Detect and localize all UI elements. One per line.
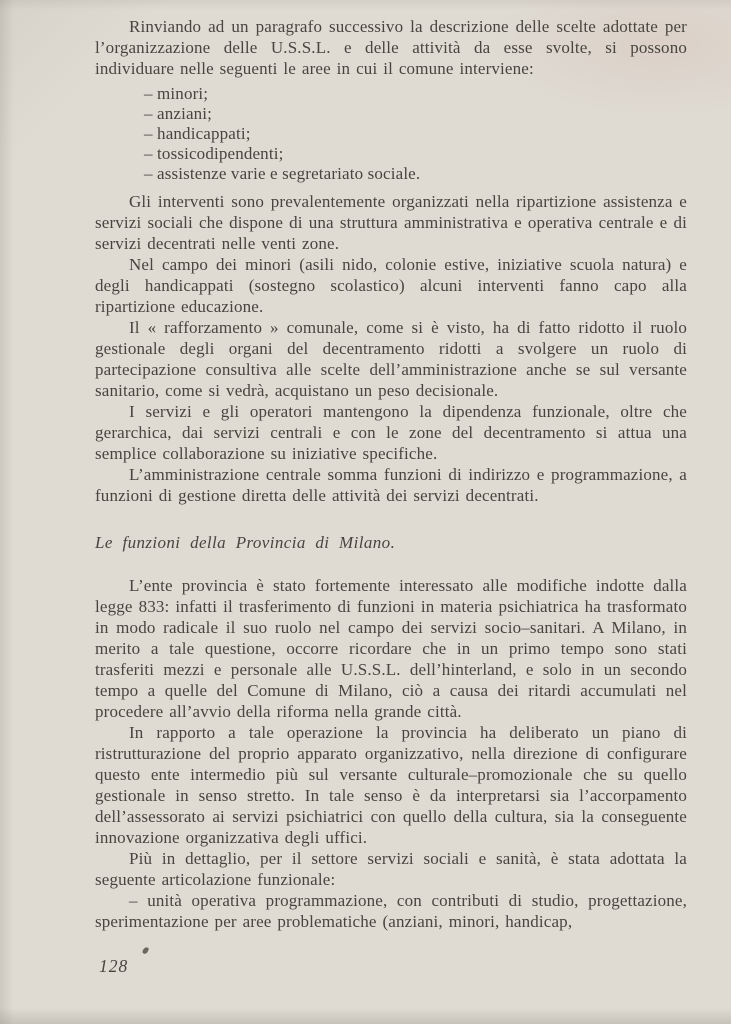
paragraph-rapporto-operazione: In rapporto a tale operazione la provinc… (95, 722, 687, 848)
paragraph-servizi-operatori: I servizi e gli operatori mantengono la … (95, 401, 687, 464)
list-item-assistenze: – assistenze varie e segretariato social… (144, 164, 687, 184)
paragraph-rafforzamento: Il « rafforzamento » comunale, come si è… (95, 317, 687, 401)
scanned-book-page: Rinviando ad un paragrafo successivo la … (0, 0, 731, 1024)
list-item-minori: – minori; (144, 84, 687, 104)
paragraph-minori: Nel campo dei minori (asili nido, coloni… (95, 254, 687, 317)
list-item-tossicodipendenti: – tossicodipendenti; (144, 144, 687, 164)
paragraph-ente-provincia: L’ente provincia è stato fortemente inte… (95, 575, 687, 722)
paragraph-interventi: Gli interventi sono prevalentemente orga… (95, 191, 687, 254)
list-item-handicappati: – handicappati; (144, 124, 687, 144)
service-areas-list: – minori; – anziani; – handicappati; – t… (95, 84, 687, 184)
paragraph-unita-operativa: – unità operativa programmazione, con co… (95, 890, 687, 932)
list-item-anziani: – anziani; (144, 104, 687, 124)
text-block: Rinviando ad un paragrafo successivo la … (95, 16, 687, 977)
page-number: 128 (99, 956, 687, 977)
paragraph-amministrazione: L’amministrazione centrale somma funzion… (95, 464, 687, 506)
section-heading-provincia: Le funzioni della Provincia di Milano. (95, 532, 687, 553)
paragraph-intro: Rinviando ad un paragrafo successivo la … (95, 16, 687, 79)
paragraph-piu-dettaglio: Più in dettaglio, per il settore servizi… (95, 848, 687, 890)
